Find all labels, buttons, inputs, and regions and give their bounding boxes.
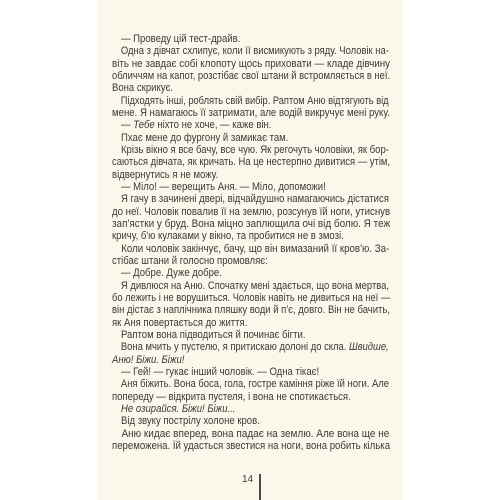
text-line: саються дівчата, як кричать. На це несте…: [112, 156, 360, 168]
text-line: мене. Я намагаюсь її затримати, але воді…: [112, 107, 364, 119]
text-line: зап'ястки у бруд. Вона міцно заплющила о…: [112, 218, 372, 230]
text-line: — Добре. Дуже добре.: [112, 267, 362, 279]
text-line: Аня біжить. Вона боса, гола, гостре камі…: [112, 378, 360, 390]
text-line: Крізь вікно я все бачу, все чую. Як рего…: [112, 144, 362, 156]
text-line: до неї. Чоловік повалив її на землю, роз…: [112, 206, 365, 218]
text-line: Вона мчить у пустелю, я притискаю долоні…: [112, 341, 359, 353]
book-page: — Проведу цій тест-драйв.Одна з дівчат с…: [97, 0, 403, 500]
text-line: — Тебе ніхто не хоче, — каже він.: [112, 119, 362, 131]
text-line: переможена. Їй удасться звестися на ноги…: [112, 440, 364, 452]
text-line: — Гей! — гукає інший чоловік. — Одна тік…: [112, 366, 362, 378]
text-line: Аню кидає вперед, вона падає на землю. А…: [112, 428, 374, 440]
text-line: Раптом вона підводиться й починає бігти.: [112, 329, 362, 341]
text-line: — Проведу цій тест-драйв.: [112, 33, 362, 45]
text-line: Аню! Біжи. Біжи!: [112, 354, 362, 366]
text-line: кричу, б'ю кулаками у вікно, та пробитис…: [112, 230, 362, 242]
text-line: обличчям на капот, розстібає свої штани …: [112, 70, 358, 82]
text-line: — Міло! — верещить Аня. — Міло, допоможи…: [112, 181, 362, 193]
text-line: Пхає мене до фургону й замикає там.: [112, 132, 362, 144]
text-line: стібає штани й голосно промовляє:: [112, 255, 362, 267]
text-line: Від звуку пострілу холоне кров.: [112, 415, 362, 427]
text-line: Не озирайся. Біжи! Біжи...: [112, 403, 362, 415]
page-number: 14: [242, 474, 253, 485]
text-line: Коли чоловік закінчує, бачу, що він вима…: [112, 243, 368, 255]
text-line: Підходять інші, роблять свій вибір. Рапт…: [112, 95, 356, 107]
text-line: бо лежить і не ворушиться. Чоловік навіт…: [112, 292, 356, 304]
page-body-text: — Проведу цій тест-драйв.Одна з дівчат с…: [112, 33, 390, 452]
text-line: Я гачу в зачинені двері, відчайдушно нам…: [112, 193, 362, 205]
page-number-rule: [259, 474, 261, 500]
text-line: Вона скрикує.: [112, 82, 362, 94]
text-line: відвернутись я не можу.: [112, 169, 362, 181]
text-line: як Аня повертається до життя.: [112, 317, 362, 329]
text-line: попереду — відкрита пустеля, і вона не с…: [112, 391, 362, 403]
text-line: він дістає з наплічника пляшку води й п'…: [112, 304, 361, 316]
text-line: віть не завдає собі клопоту щось прихова…: [112, 58, 369, 70]
text-line: Я дивлюся на Аню. Спочатку мені здається…: [112, 280, 360, 292]
text-line: Одна з дівчат схлипує, коли її висмикуют…: [112, 45, 359, 57]
